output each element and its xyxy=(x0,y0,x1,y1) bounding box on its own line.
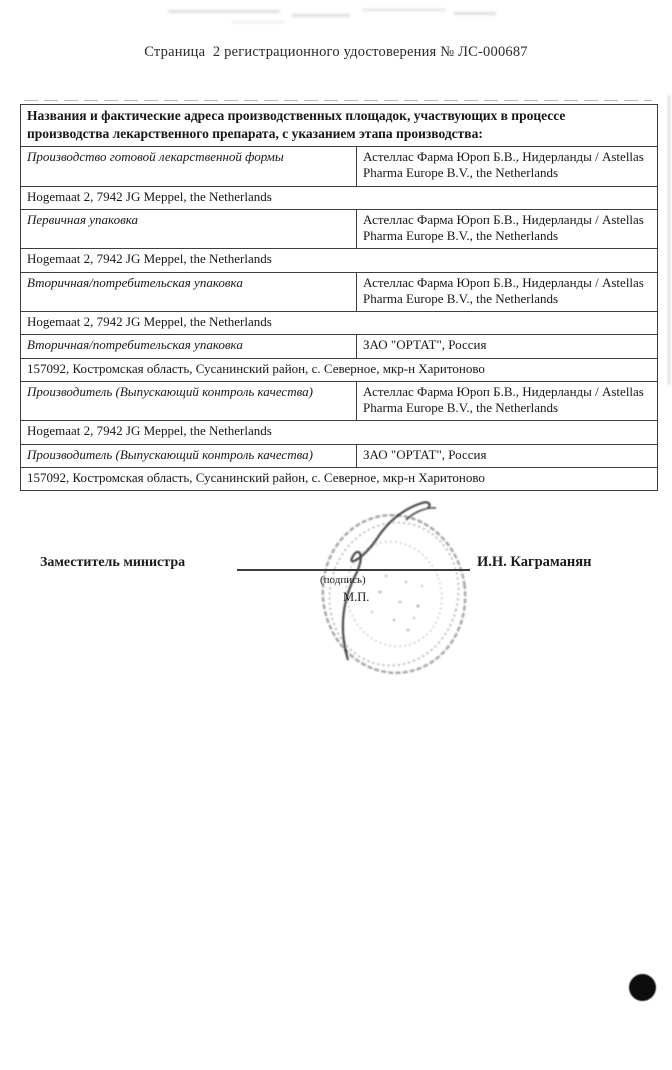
stage-cell: Производство готовой лекарственной формы xyxy=(21,147,357,187)
stage-cell: Первичная упаковка xyxy=(21,209,357,249)
stage-cell: Производитель (Выпускающий контроль каче… xyxy=(21,381,357,421)
manufacturer-cell: ЗАО "ОРТАТ", Россия xyxy=(357,335,658,358)
signer-position-label: Заместитель министра xyxy=(40,555,185,571)
table-row: Вторичная/потребительская упаковка Астел… xyxy=(21,272,658,312)
table-header-row: Названия и фактические адреса производст… xyxy=(21,105,658,147)
scan-noise xyxy=(454,12,496,15)
manufacturing-sites-table: Названия и фактические адреса производст… xyxy=(20,104,658,491)
table-header: Названия и фактические адреса производст… xyxy=(21,105,658,147)
manufacturer-cell: Астеллас Фарма Юроп Б.В., Нидерланды / A… xyxy=(357,209,658,249)
scanned-document-page: Страница 2 регистрационного удостоверени… xyxy=(0,0,672,1070)
manufacturer-cell: Астеллас Фарма Юроп Б.В., Нидерланды / A… xyxy=(357,147,658,187)
manufacturer-cell: ЗАО "ОРТАТ", Россия xyxy=(357,444,658,467)
signature-caption: (подпись) xyxy=(320,574,366,586)
table-row: Производство готовой лекарственной формы… xyxy=(21,147,658,187)
punch-hole-dot xyxy=(629,974,656,1001)
scan-noise xyxy=(232,21,284,23)
scan-edge-artifact xyxy=(668,95,670,385)
stage-cell: Вторичная/потребительская упаковка xyxy=(21,272,357,312)
address-cell: Hogemaat 2, 7942 JG Meppel, the Netherla… xyxy=(21,249,658,272)
table-row: Производитель (Выпускающий контроль каче… xyxy=(21,381,658,421)
scan-noise xyxy=(292,14,350,17)
table-row: Hogemaat 2, 7942 JG Meppel, the Netherla… xyxy=(21,249,658,272)
address-cell: 157092, Костромская область, Сусанинский… xyxy=(21,467,658,490)
signer-name: И.Н. Каграманян xyxy=(477,554,592,571)
table-row: Hogemaat 2, 7942 JG Meppel, the Netherla… xyxy=(21,312,658,335)
scan-noise xyxy=(362,9,446,11)
table-row: Производитель (Выпускающий контроль каче… xyxy=(21,444,658,467)
table-row: 157092, Костромская область, Сусанинский… xyxy=(21,358,658,381)
table-row: Первичная упаковка Астеллас Фарма Юроп Б… xyxy=(21,209,658,249)
manufacturer-cell: Астеллас Фарма Юроп Б.В., Нидерланды / A… xyxy=(357,272,658,312)
seal-place-mark: М.П. xyxy=(343,590,369,605)
table-row: Hogemaat 2, 7942 JG Meppel, the Netherla… xyxy=(21,186,658,209)
stage-cell: Вторичная/потребительская упаковка xyxy=(21,335,357,358)
address-cell: Hogemaat 2, 7942 JG Meppel, the Netherla… xyxy=(21,421,658,444)
page-title: Страница 2 регистрационного удостоверени… xyxy=(0,44,672,61)
scan-ghost-line xyxy=(24,100,652,101)
signature-line xyxy=(237,569,470,571)
address-cell: Hogemaat 2, 7942 JG Meppel, the Netherla… xyxy=(21,312,658,335)
stamp-rings xyxy=(313,506,476,682)
address-cell: 157092, Костромская область, Сусанинский… xyxy=(21,358,658,381)
table-row: 157092, Костромская область, Сусанинский… xyxy=(21,467,658,490)
table-row: Hogemaat 2, 7942 JG Meppel, the Netherla… xyxy=(21,421,658,444)
manufacturer-cell: Астеллас Фарма Юроп Б.В., Нидерланды / A… xyxy=(357,381,658,421)
stage-cell: Производитель (Выпускающий контроль каче… xyxy=(21,444,357,467)
address-cell: Hogemaat 2, 7942 JG Meppel, the Netherla… xyxy=(21,186,658,209)
scan-noise xyxy=(168,10,280,13)
official-stamp-icon xyxy=(310,494,482,684)
table-row: Вторичная/потребительская упаковка ЗАО "… xyxy=(21,335,658,358)
